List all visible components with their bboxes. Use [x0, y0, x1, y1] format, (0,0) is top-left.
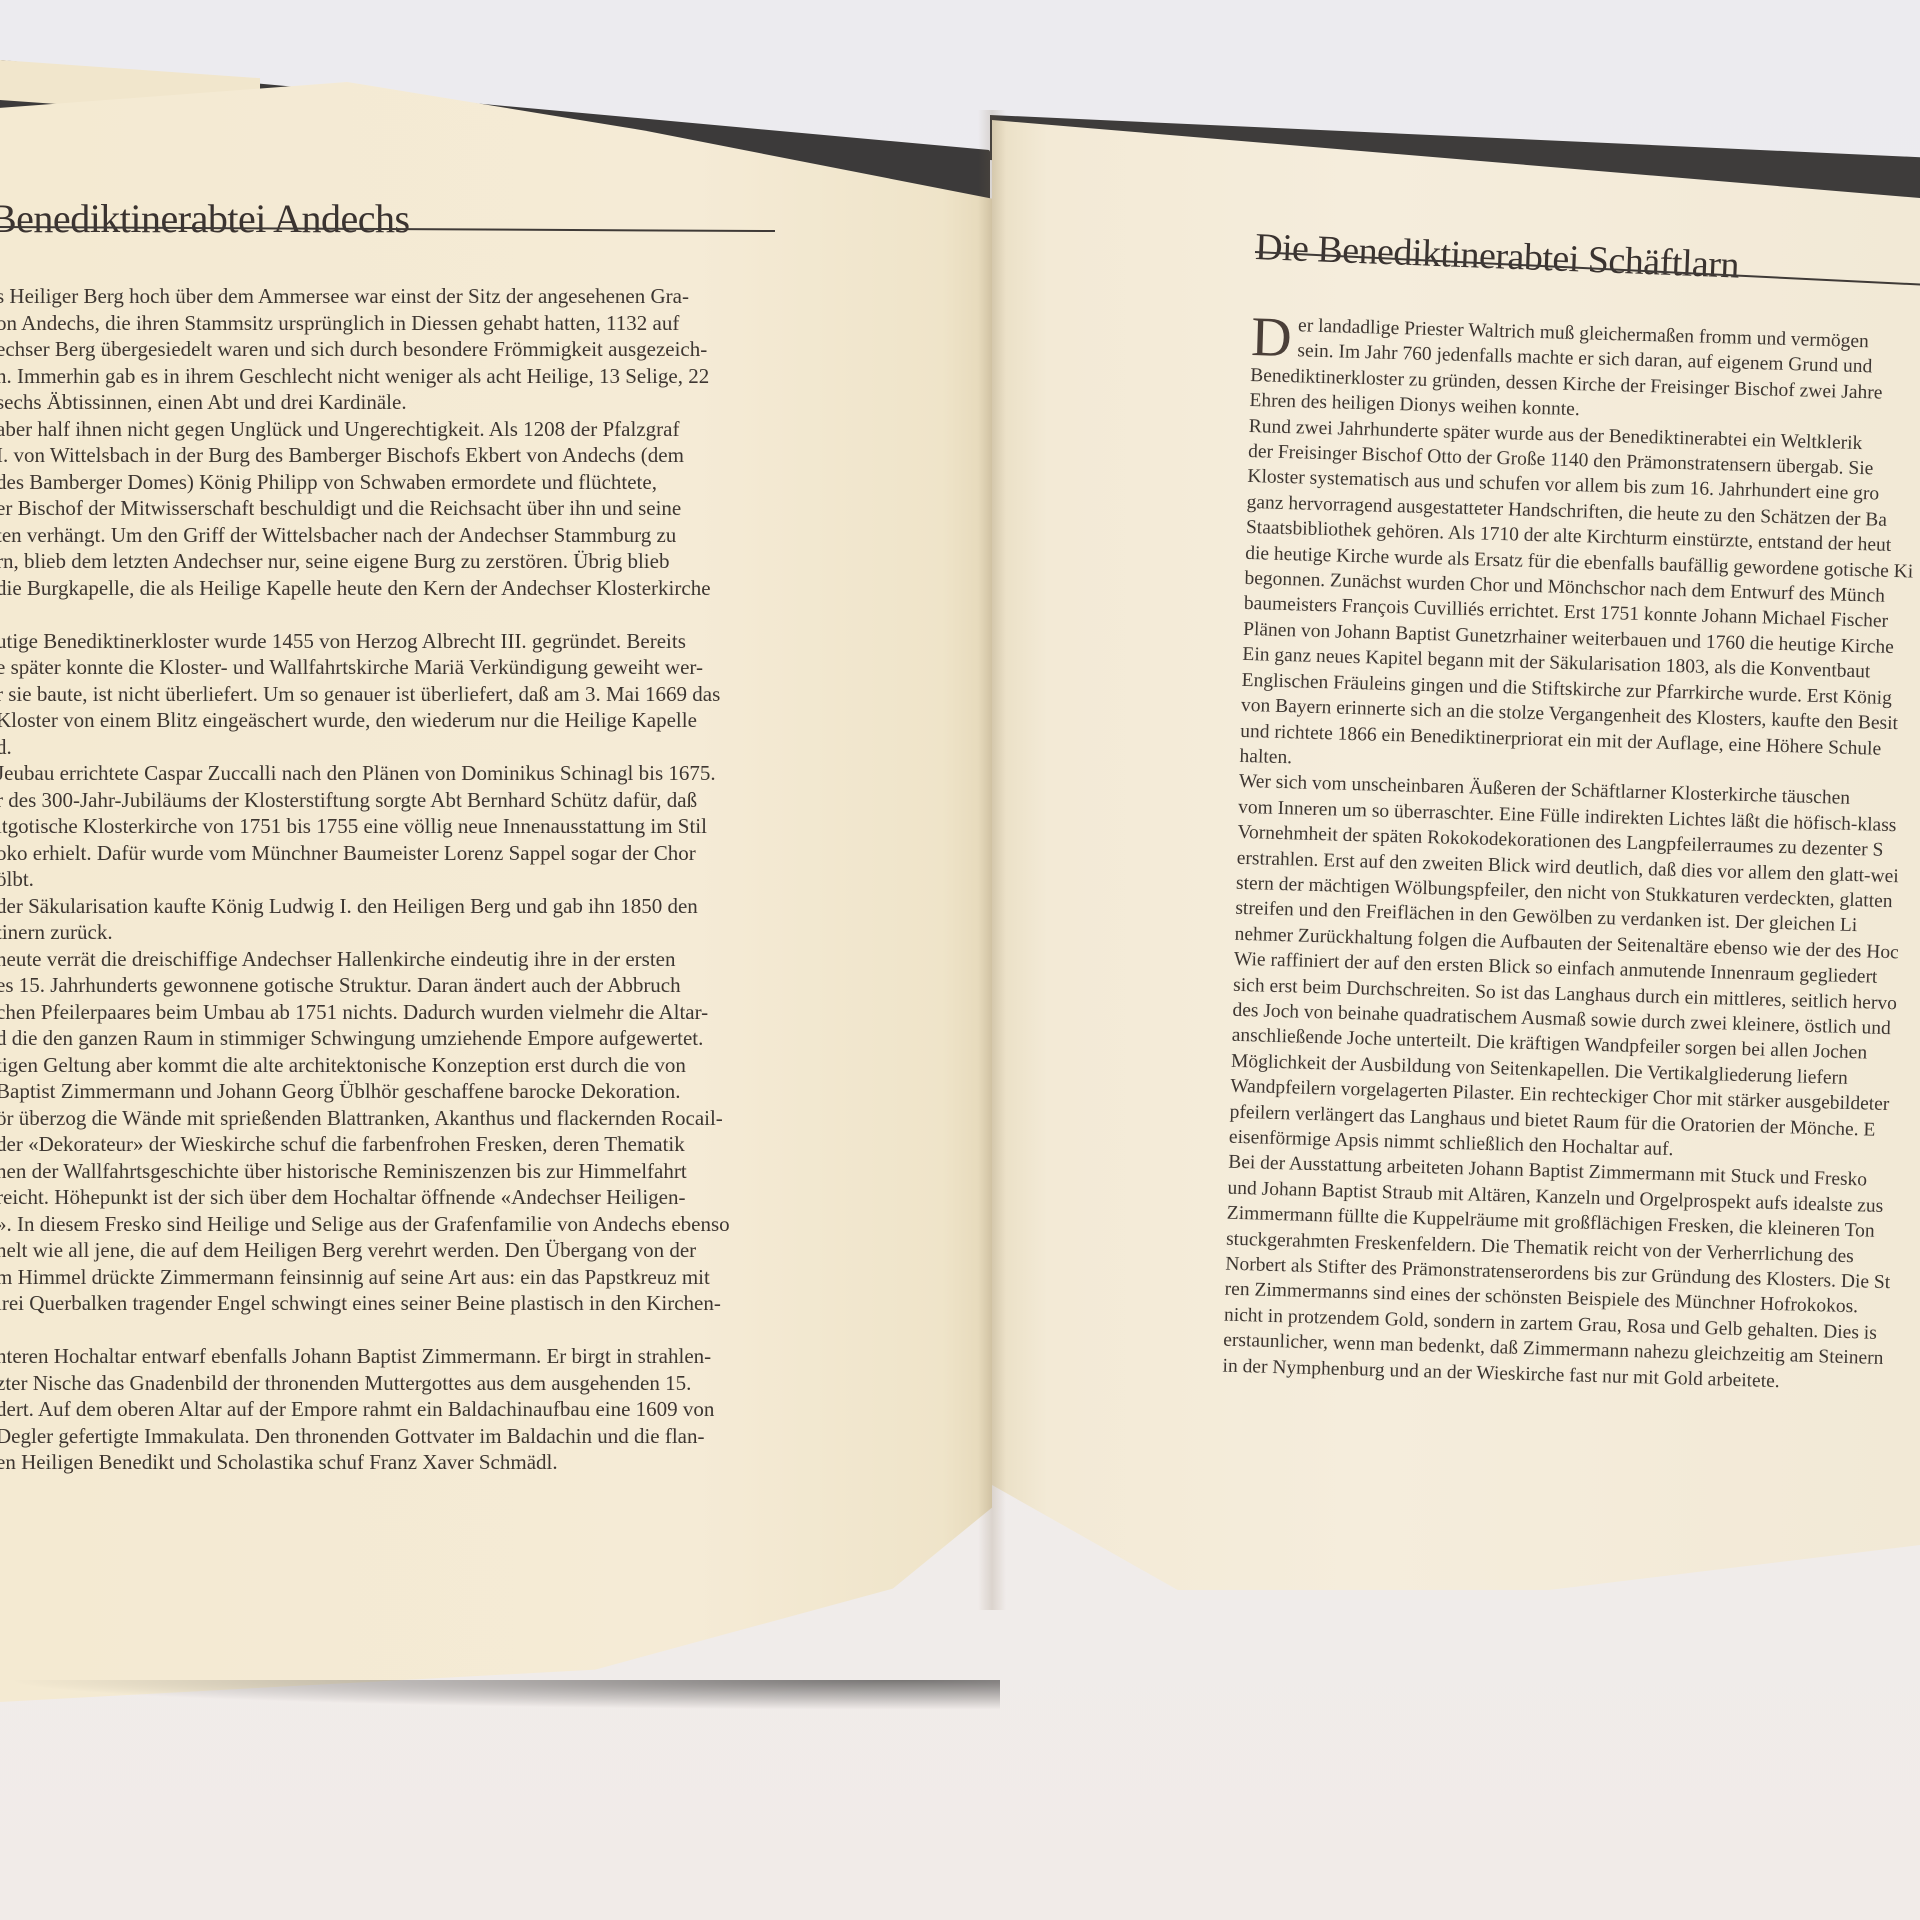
text-line: nen der Wallfahrtsgeschichte über histor…	[0, 1158, 796, 1185]
text-line: tigen Geltung aber kommt die alte archit…	[0, 1052, 796, 1079]
text-line: en Heiligen Benedikt und Scholastika sch…	[0, 1449, 796, 1476]
text-line: e später konnte die Kloster- und Wallfah…	[0, 654, 796, 681]
text-line: ör überzog die Wände mit sprießenden Bla…	[0, 1105, 796, 1132]
text-line: d.	[0, 734, 796, 761]
text-line: ». In diesem Fresko sind Heilige und Sel…	[0, 1211, 796, 1238]
text-line: aber half ihnen nicht gegen Unglück und …	[0, 416, 796, 443]
text-line: heute verrät die dreischiffige Andechser…	[0, 946, 796, 973]
text-line: dert. Auf dem oberen Altar auf der Empor…	[0, 1396, 796, 1423]
text-line: nelt wie all jene, die auf dem Heiligen …	[0, 1237, 796, 1264]
text-line: der «Dekorateur» der Wieskirche schuf di…	[0, 1131, 796, 1158]
right-page-body: D er landadlige Priester Waltrich muß gl…	[1222, 312, 1920, 1399]
text-line: echser Berg übergesiedelt waren und sich…	[0, 336, 796, 363]
text-line: des Bamberger Domes) König Philipp von S…	[0, 469, 796, 496]
page-shadow	[0, 1680, 1000, 1710]
left-page-title: Benediktinerabtei Andechs	[0, 195, 410, 242]
text-line: oko erhielt. Dafür wurde vom Münchner Ba…	[0, 840, 796, 867]
text-line: Degler gefertigte Immakulata. Den throne…	[0, 1423, 796, 1450]
text-line: der Säkularisation kaufte König Ludwig I…	[0, 893, 796, 920]
text-line	[0, 1317, 796, 1344]
text-line: lrei Querbalken tragender Engel schwingt…	[0, 1290, 796, 1317]
text-line	[0, 601, 796, 628]
text-line: Baptist Zimmermann und Johann Georg Üblh…	[0, 1078, 796, 1105]
text-line: die Burgkapelle, die als Heilige Kapelle…	[0, 575, 796, 602]
left-page-body: s Heiliger Berg hoch über dem Ammersee w…	[0, 283, 796, 1476]
text-line: utige Benediktinerkloster wurde 1455 von…	[0, 628, 796, 655]
text-line: m Himmel drückte Zimmermann feinsinnig a…	[0, 1264, 796, 1291]
text-line: ten verhängt. Um den Griff der Wittelsba…	[0, 522, 796, 549]
text-line: chen Pfeilerpaares beim Umbau ab 1751 ni…	[0, 999, 796, 1026]
text-line: zter Nische das Gnadenbild der thronende…	[0, 1370, 796, 1397]
text-line: s Heiliger Berg hoch über dem Ammersee w…	[0, 283, 796, 310]
text-line: sechs Äbtissinnen, einen Abt und drei Ka…	[0, 389, 796, 416]
text-line: r sie baute, ist nicht überliefert. Um s…	[0, 681, 796, 708]
text-line: n. Immerhin gab es in ihrem Geschlecht n…	[0, 363, 796, 390]
text-line: es 15. Jahrhunderts gewonnene gotische S…	[0, 972, 796, 999]
text-line: I. von Wittelsbach in der Burg des Bambe…	[0, 442, 796, 469]
drop-cap: D	[1251, 314, 1293, 361]
text-line: r des 300-Jahr-Jubiläums der Klosterstif…	[0, 787, 796, 814]
text-line: Jeubau errichtete Caspar Zuccalli nach d…	[0, 760, 796, 787]
text-line: itgotische Klosterkirche von 1751 bis 17…	[0, 813, 796, 840]
text-line: er Bischof der Mitwisserschaft beschuldi…	[0, 495, 796, 522]
text-line: ölbt.	[0, 866, 796, 893]
text-line: Kloster von einem Blitz eingeäschert wur…	[0, 707, 796, 734]
text-line: reicht. Höhepunkt ist der sich über dem …	[0, 1184, 796, 1211]
text-line: rn, blieb dem letzten Andechser nur, sei…	[0, 548, 796, 575]
text-line: nteren Hochaltar entwarf ebenfalls Johan…	[0, 1343, 796, 1370]
book-gutter	[978, 110, 1006, 1610]
text-line: d die den ganzen Raum in stimmiger Schwi…	[0, 1025, 796, 1052]
text-line: on Andechs, die ihren Stammsitz ursprüng…	[0, 310, 796, 337]
text-line: tinern zurück.	[0, 919, 796, 946]
